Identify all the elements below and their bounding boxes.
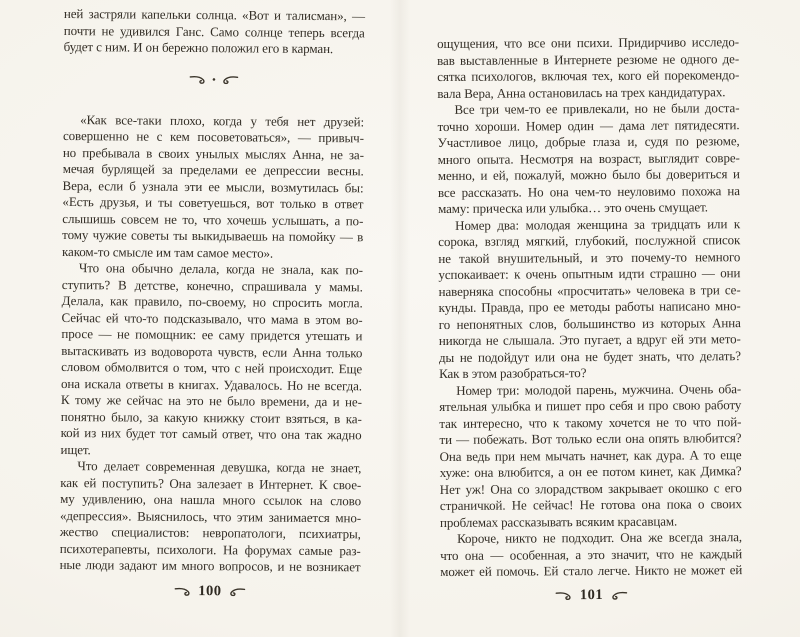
page-gutter-shadow — [390, 0, 410, 637]
fleuron-icon — [610, 591, 627, 600]
text-line: нетакойвнушительный,иэтопочему-тонемного — [438, 249, 740, 267]
text-line: проблемах рассказывать всяким красавцам. — [440, 513, 742, 531]
fleuron-icon — [556, 591, 573, 600]
text-line: вала Вера, Анна остановилась на трех кан… — [437, 84, 739, 102]
paragraph: Номердва:молодаяженщиназатридцатьиликсор… — [438, 216, 741, 383]
text-line: хуже:онавлюбится,аонеепотомкинет,какДимк… — [440, 463, 742, 481]
text-line: ощущения,чтовсеонипсихи.Придирчивоисслед… — [437, 34, 739, 52]
text-line: успокаивает:коченьопытнымидтистрашно—они — [438, 265, 740, 283]
text-line: томучужиесоветытывыкидываешьнапомойку—в — [62, 227, 363, 246]
page-number: 101 — [580, 587, 603, 604]
right-page: ощущения,чтовсеонипсихи.Придирчивоисслед… — [437, 34, 743, 631]
paragraph: Номертри:молодойпарень,мужчина.Оченьоба-… — [439, 381, 742, 531]
divider-dot: • — [212, 73, 216, 87]
fleuron-icon — [174, 587, 191, 596]
fleuron-icon — [189, 75, 206, 84]
paragraph: нейзастряликапелькисолнца.«Вотиталисман»… — [64, 6, 365, 58]
text-line: Онаведьпринеммычатьначнет,какдура.Атоеще — [440, 447, 742, 465]
text-line: Как в этом разобраться-то? — [439, 364, 741, 382]
text-line: страничкой.Несейчас!Неготоваонапокаосвои… — [440, 496, 742, 514]
text-line: Номердва:молодаяженщиназатридцатьилик — [438, 216, 740, 234]
text-line: всерассказать.Нооначем-тонеуловимопохожа… — [438, 183, 740, 201]
text-line: койизнихбудеттотсамыйответ,чтоонатакжадн… — [61, 425, 362, 444]
fleuron-icon — [222, 75, 239, 84]
paragraph: Чтоонаобычноделала,когданезнала,какпо-ст… — [60, 260, 363, 460]
text-line: кунды.Правда,проееметодыработынаписаномн… — [439, 298, 741, 316]
text-line: ятельнаяулыбкаипишетпросебяипросвоюработ… — [439, 397, 741, 415]
left-page: нейзастряликапелькисолнца.«Вотиталисман»… — [59, 6, 365, 633]
text-line: маму: прическа или улыбка… это очень сму… — [438, 199, 740, 217]
section-divider: • — [63, 71, 364, 87]
text-line: будет с ним. И он бережно положил его в … — [64, 39, 365, 58]
text-line: Номертри:молодойпарень,мужчина.Оченьоба- — [439, 381, 741, 399]
text-line: ступить?Вдетстве,конечно,спрашивалаумамы… — [62, 276, 363, 295]
text-line: Участливоелицо,добрыеглазаи,судяпорезюме… — [438, 133, 740, 151]
paragraph: «Каквсе-такиплохо,когдаутебянетдрузей:со… — [62, 111, 364, 262]
text-line: Нетуж!Онасозлорадствомзакрываетокошкосег… — [440, 480, 742, 498]
text-line: чтоона—особенная,аэтозначит,чтонекаждый — [440, 546, 742, 564]
book-spread-photo: нейзастряликапелькисолнца.«Вотиталисман»… — [0, 0, 800, 637]
paragraph: Всетричем-тоеепривлекали,нонебылидоста-т… — [437, 100, 740, 217]
text-line: ныелюдизадаютиммноговопросов,иневозникае… — [60, 557, 361, 576]
text-line: такинтересно,чтоктакомухочетсянеточтопой… — [439, 414, 741, 432]
text-line: можетейпомочь.Ейсталолегче.Никтонеможете… — [440, 562, 742, 580]
text-line: «депрессия».Выяснилось,чтоэтимзанимается… — [60, 507, 361, 526]
text-line: менно,ией,пожалуй,можнобылобыдоверитьсяи — [438, 166, 740, 184]
text-line: Ктомужесейчаснаэтонебыловремени,даине- — [61, 392, 362, 411]
text-line: Всетричем-тоеепривлекали,нонебылидоста- — [437, 100, 739, 118]
right-page-footer: 101 — [440, 586, 742, 605]
left-page-footer: 100 — [59, 582, 360, 601]
text-line: навернякаспособны«просчитать»человекавтр… — [439, 282, 741, 300]
text-line: точнохороши.Номеродин—дамалетпятидесяти. — [438, 117, 740, 135]
text-line: многоопыта.Несмотрянавозраст,выглядитсов… — [438, 150, 740, 168]
text-line: гонепонятныхслов,большинствоизкоторыхАнн… — [439, 315, 741, 333]
paragraph: Чтоделаетсовременнаядевушка,когданезнает… — [60, 458, 362, 576]
paragraph: ощущения,чтовсеонипсихи.Придирчивоисслед… — [437, 34, 739, 102]
page-number: 100 — [198, 583, 221, 600]
text-line: ти—побежать.Воттолькоеслионаопятьвлюбитс… — [439, 430, 741, 448]
text-line: никогданеслышала.Этопугает,авдругейэтиме… — [439, 331, 741, 349]
text-line: сяткапсихологов,включаятех,когоейпореком… — [437, 67, 739, 85]
text-line: сорока,взглядмягкий,глубокий,послужнойсп… — [438, 232, 740, 250]
paragraph: Короче,никтонеподходит.Онажевсегдазнала,… — [440, 529, 742, 580]
fleuron-icon — [228, 587, 245, 596]
text-line: Короче,никтонеподходит.Онажевсегдазнала, — [440, 529, 742, 547]
text-line: дынеподойдутилионанебудетзнать,чтоделать… — [439, 348, 741, 366]
text-line: ваввыставленныевИнтернетерезюменеодногод… — [437, 51, 739, 69]
